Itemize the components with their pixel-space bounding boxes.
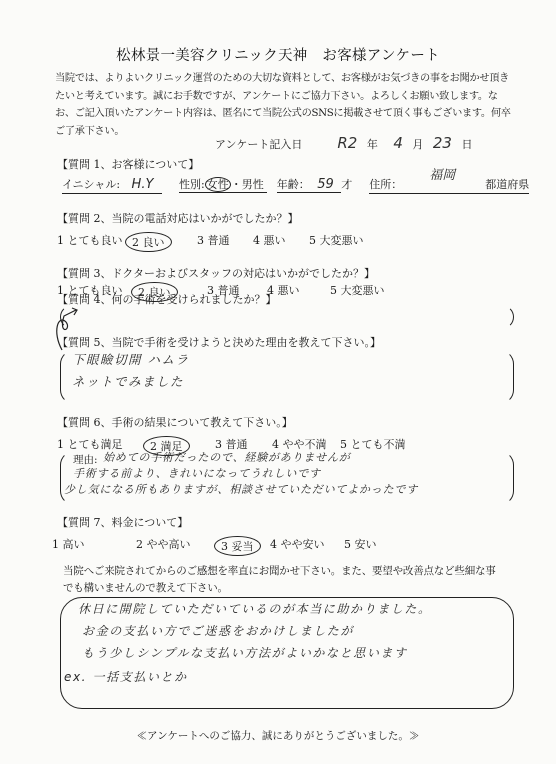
age-unit: 才 [341,178,352,191]
q7-option-3-selected[interactable]: 3 妥当 [214,536,261,556]
day-label: 日 [461,138,472,151]
q6-heading: 【質問 6、手術の結果について教えて下さい。】 [57,414,293,430]
comments-line-1: 休日に開院していただいているのが本当に助かりました。 [78,598,432,620]
comments-line-3: もう少しシンプルな支払い方法がよいかなと思います [82,642,408,664]
q7-option-5[interactable]: 5 安い [344,536,377,552]
q2-heading: 【質問 2、当院の電話対応はいかがでしたか？】 [57,210,299,226]
comments-line-2: お金の支払い方でご迷惑をおかけしましたが [82,620,354,642]
q2-options: 1 とても良い 2 良い 3 普通 4 悪い 5 大変悪い [57,232,517,248]
age-label: 年齢： [277,178,310,191]
q7-option-2[interactable]: 2 やや高い [136,536,191,552]
q7-option-1[interactable]: 1 高い [52,536,85,552]
q3-heading: 【質問 3、ドクターおよびスタッフの対応はいかがでしたか？】 [57,265,375,281]
q7-option-4[interactable]: 4 やや安い [270,536,325,552]
q3-option-5[interactable]: 5 大変悪い [330,282,385,298]
q6-reason-line-3: 少し気になる所もありますが、相談させていただいてよかったです [64,480,418,500]
date-month-value: 4 [381,134,409,152]
address-value: 福岡 [429,164,455,183]
q5-answer-line-2: ネットでみました [72,372,184,392]
address-suffix: 都道府県 [485,176,529,192]
q2-option-5[interactable]: 5 大変悪い [309,232,364,248]
initial-value: H.Y [124,177,154,192]
gender-label: 性別: [179,178,205,191]
month-label: 月 [412,138,423,151]
q2-option-1[interactable]: 1 とても良い [57,232,123,248]
year-label: 年 [367,138,378,151]
date-label: アンケート記入日 [215,138,302,151]
gender-field: 性別:女性・男性 [179,178,267,193]
survey-date: アンケート記入日 R2 年 4 月 23 日 [215,134,472,152]
initial-label: イニシャル: [62,178,120,191]
q7-options: 1 高い 2 やや高い 3 妥当 4 やや安い 5 安い [52,536,512,552]
q2-option-4[interactable]: 4 悪い [253,232,286,248]
comments-line-4: ex. 一括支払いとか [64,666,188,688]
q2-option-3[interactable]: 3 普通 [197,232,230,248]
q5-answer-line-1: 下眼瞼切開 ハムラ [72,350,189,370]
gender-male-option: 男性 [242,178,264,191]
comments-prompt: 当院へご来院されてからのご感想を率直にお聞かせ下さい。また、要望や改善点など些細… [63,563,503,597]
gender-female-option: 女性 [205,177,231,192]
q4-answer-box [60,305,514,329]
survey-title: 松林景一美容クリニック天神 お客様アンケート [0,44,556,65]
age-value: 59 [313,177,338,192]
q1-customer-info: イニシャル: H.Y 性別:女性・男性 年齢： 59 才 住所： 福岡 都道府県 [62,176,529,194]
q2-option-2-selected[interactable]: 2 良い [125,232,172,252]
address-label: 住所： [369,178,402,191]
q5-heading: 【質問 5、当院で手術を受けようと決めた理由を教えて下さい。】 [57,334,381,350]
q7-heading: 【質問 7、料金について】 [57,514,188,530]
initial-field: イニシャル: H.Y [62,176,162,194]
date-day-value: 23 [427,134,458,152]
date-year-value: R2 [331,134,363,152]
age-field: 年齢： 59 [277,178,342,193]
footer-thanks: ≪アンケートへのご協力、誠にありがとうございました。≫ [0,728,556,743]
q1-heading: 【質問 1、お客様について】 [57,156,199,172]
address-field: 住所： 福岡 都道府県 [369,176,529,194]
intro-text: 当院では、よりよいクリニック運営のための大切な資料として、お客様がお気づきの事を… [55,70,515,140]
gender-separator: ・ [231,178,242,191]
